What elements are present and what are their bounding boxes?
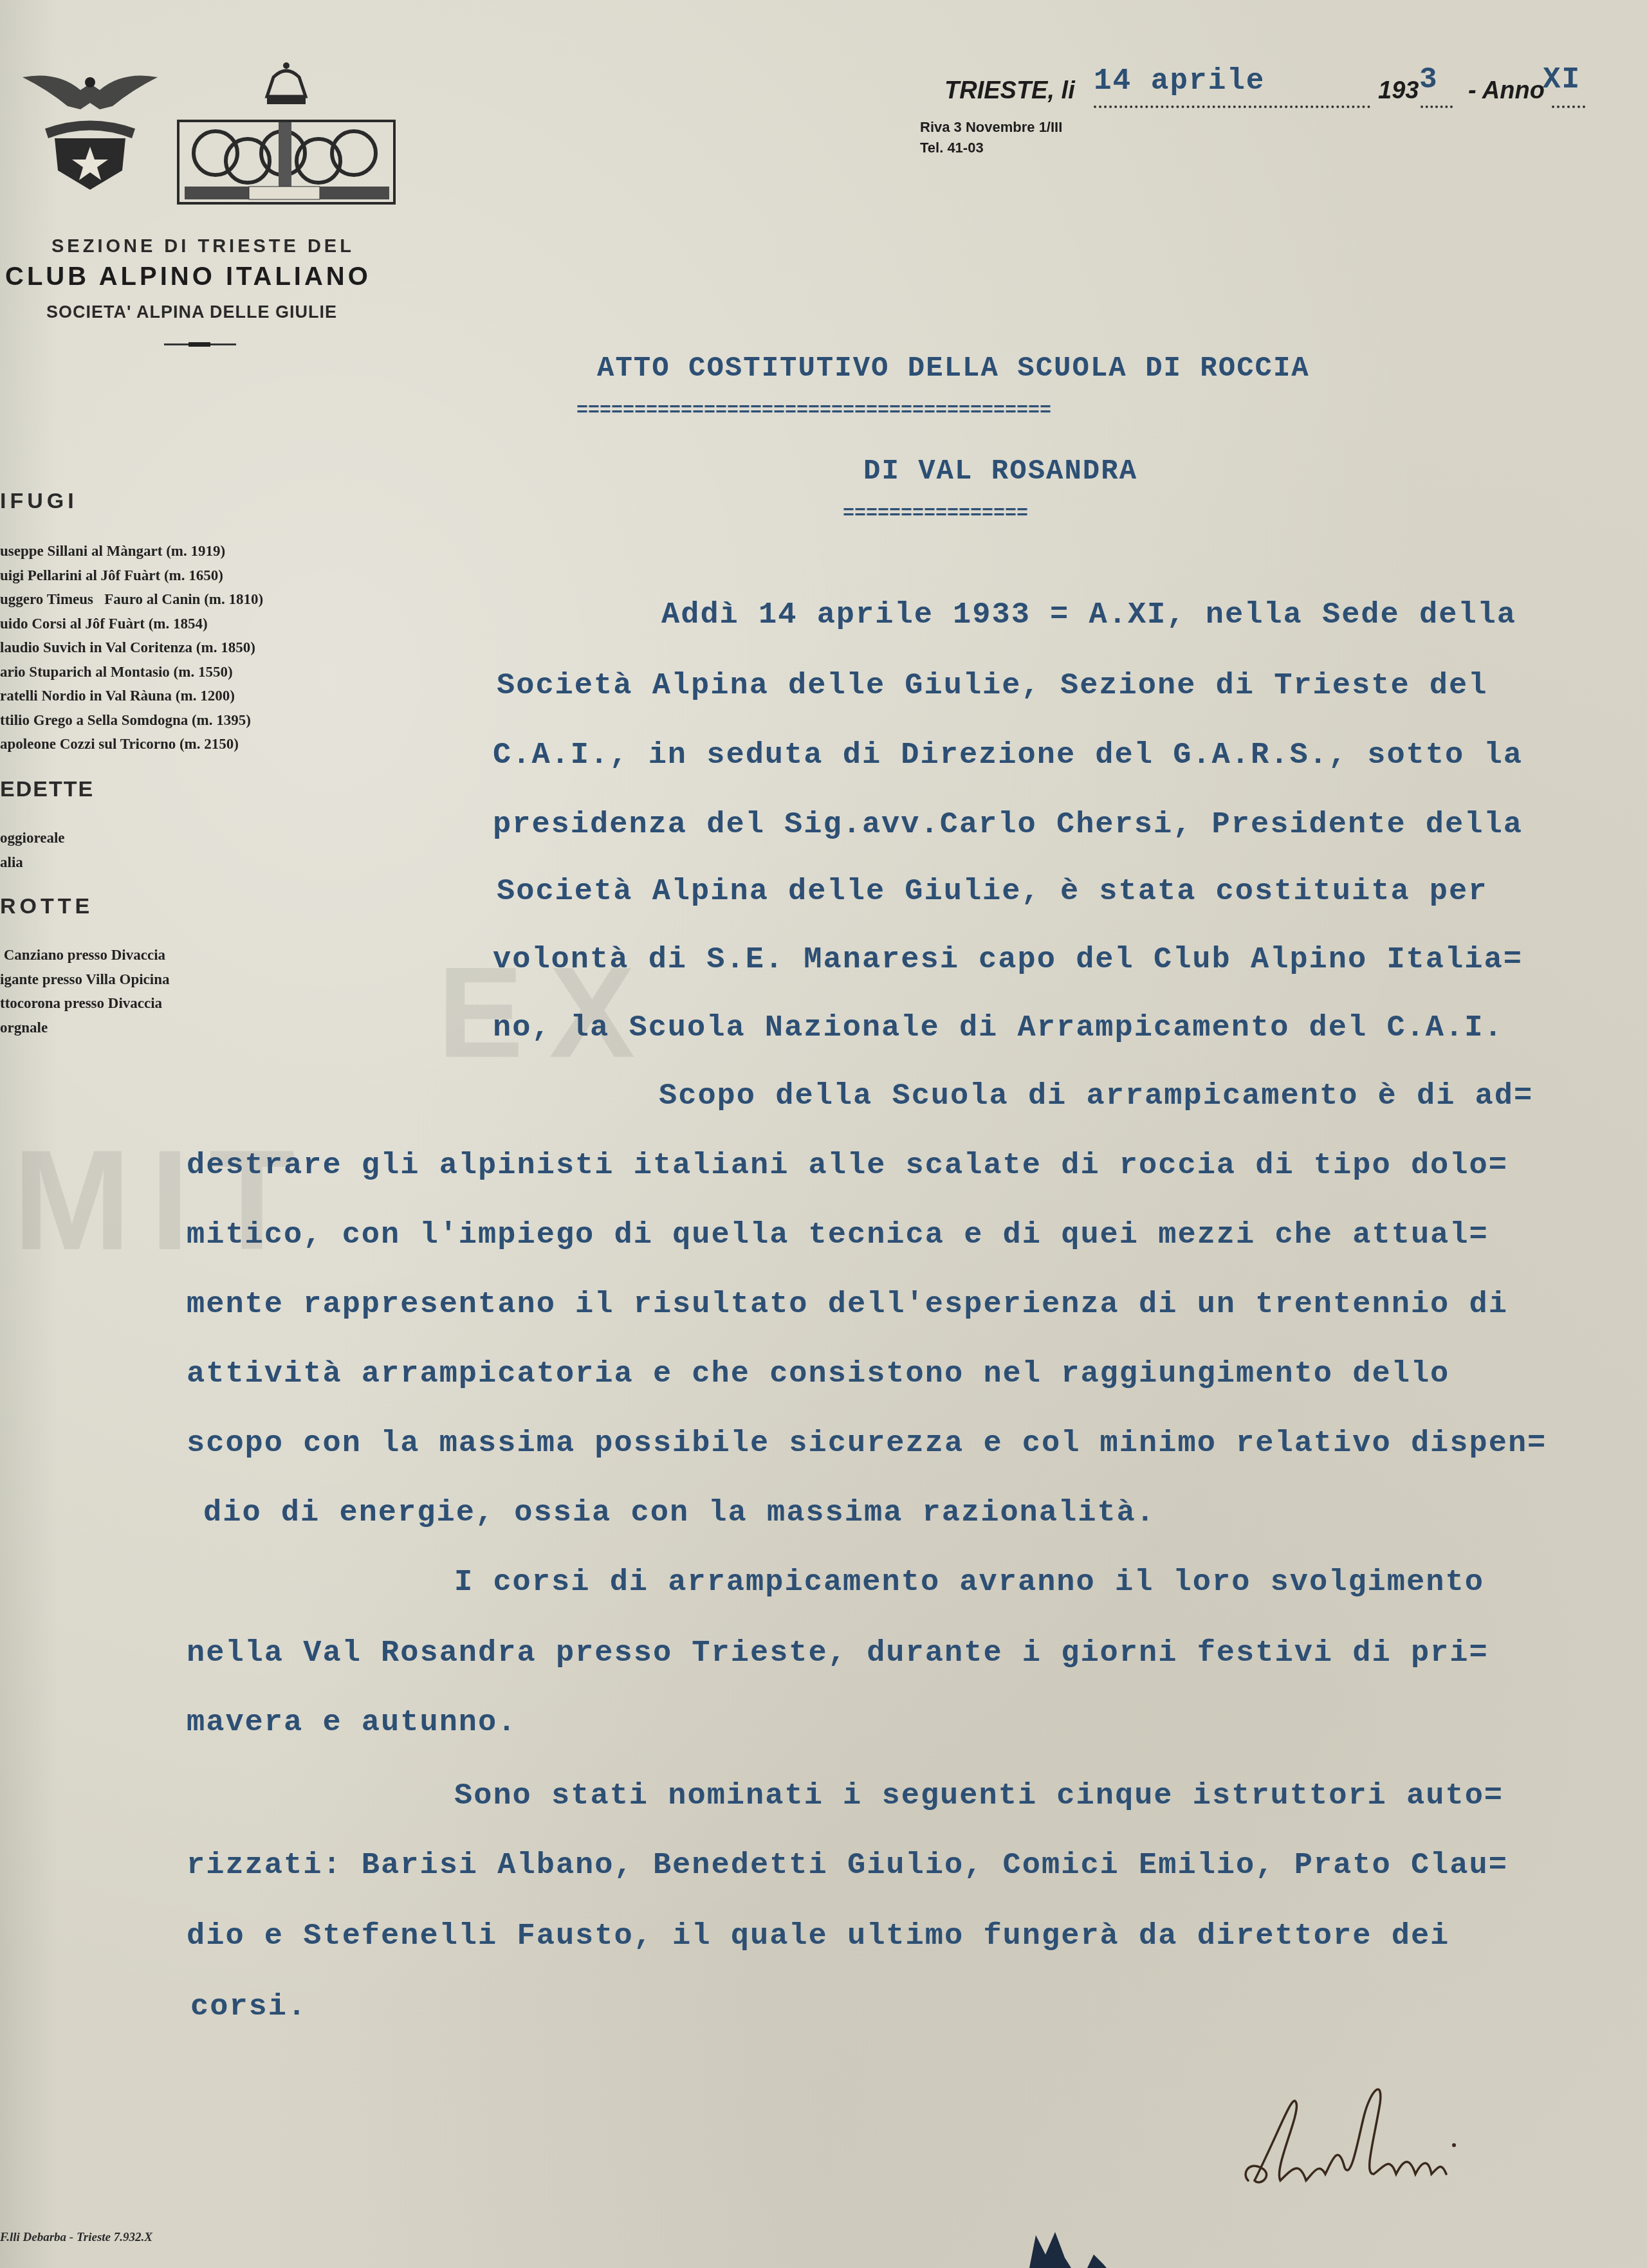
list-item: uigi Pellarini al Jôf Fuàrt (m. 1650) xyxy=(0,563,263,588)
list-item: ario Stuparich al Montasio (m. 1550) xyxy=(0,660,263,684)
paragraph-line: mavera e autunno. xyxy=(187,1706,517,1740)
paragraph-line: corsi. xyxy=(190,1990,307,2024)
paragraph-line: dio di energie, ossia con la massima raz… xyxy=(203,1496,1155,1530)
list-item: useppe Sillani al Màngart (m. 1919) xyxy=(0,539,263,563)
typed-year-digit: 3 xyxy=(1419,63,1439,96)
paragraph-line: Scopo della Scuola di arrampicamento è d… xyxy=(659,1079,1533,1113)
list-item: ttocorona presso Divaccia xyxy=(0,991,169,1016)
list-item: igante presso Villa Opicina xyxy=(0,967,169,992)
paragraph-line: mente rappresentano il risultato dell'es… xyxy=(187,1288,1508,1322)
document-title: ATTO COSTITUTIVO DELLA SCUOLA DI ROCCIA xyxy=(597,352,1310,385)
list-item: alia xyxy=(0,850,65,875)
anno-dotted-line xyxy=(1552,105,1585,108)
phone: Tel. 41-03 xyxy=(920,138,1062,158)
paragraph-line: volontà di S.E. Manaresi capo del Club A… xyxy=(493,943,1523,977)
paragraph-line: dio e Stefenelli Fausto, il quale ultimo… xyxy=(187,1919,1449,1953)
document-subtitle: DI VAL ROSANDRA xyxy=(863,455,1137,488)
paragraph-line: destrare gli alpinisti italiani alle sca… xyxy=(187,1149,1508,1183)
club-name: CLUB ALPINO ITALIANO xyxy=(5,262,371,291)
year-dotted-line xyxy=(1421,105,1453,108)
handwritten-signature xyxy=(1235,2078,1596,2193)
list-item: ttilio Grego a Sella Somdogna (m. 1395) xyxy=(0,708,263,733)
title-underline: ========================================… xyxy=(576,401,1413,421)
paragraph-line: C.A.I., in seduta di Direzione del G.A.R… xyxy=(493,738,1523,773)
list-item: oggioreale xyxy=(0,826,65,850)
list-item: ratelli Nordio in Val Ràuna (m. 1200) xyxy=(0,684,263,708)
address: Riva 3 Novembre 1/III xyxy=(920,117,1062,138)
paragraph-line: scopo con la massima possibile sicurezza… xyxy=(187,1427,1547,1461)
rifugi-list: useppe Sillani al Màngart (m. 1919) uigi… xyxy=(0,539,263,756)
paragraph-line: nella Val Rosandra presso Trieste, duran… xyxy=(187,1636,1489,1670)
grotte-list: Canziano presso Divaccia igante presso V… xyxy=(0,943,169,1039)
typed-date: 14 aprile xyxy=(1094,64,1265,98)
list-item: uggero Timeus Fauro al Canin (m. 1810) xyxy=(0,587,263,612)
ornament-divider xyxy=(164,343,236,345)
ink-blot xyxy=(1017,2229,1132,2268)
list-item: apoleone Cozzi sul Tricorno (m. 2150) xyxy=(0,732,263,756)
list-item: Canziano presso Divaccia xyxy=(0,943,169,967)
rifugi-heading: IFUGI xyxy=(0,489,78,514)
paragraph-line: Società Alpina delle Giulie, Sezione di … xyxy=(497,669,1487,703)
vedette-heading: EDETTE xyxy=(0,777,94,802)
paragraph-line: Sono stati nominati i seguenti cinque is… xyxy=(454,1779,1504,1813)
society-name: SOCIETA' ALPINA DELLE GIULIE xyxy=(46,302,337,322)
grotte-heading: ROTTE xyxy=(0,894,93,919)
paragraph-line: presidenza del Sig.avv.Carlo Chersi, Pre… xyxy=(493,808,1523,842)
printer-imprint: F.lli Debarba - Trieste 7.932.X xyxy=(0,2231,152,2245)
paragraph-line: mitico, con l'impiego di quella tecnica … xyxy=(187,1218,1489,1252)
year-prefix: 193 xyxy=(1378,77,1419,105)
paragraph-line: Società Alpina delle Giulie, è stata cos… xyxy=(497,875,1487,909)
paragraph-line: attività arrampicatoria e che consistono… xyxy=(187,1357,1449,1391)
paragraph-line: rizzati: Barisi Albano, Benedetti Giulio… xyxy=(187,1849,1508,1883)
list-item: orgnale xyxy=(0,1016,169,1040)
cai-eagle-shield-icon xyxy=(19,58,161,193)
paragraph-line: no, la Scuola Nazionale di Arrampicament… xyxy=(493,1011,1504,1045)
place-label: TRIESTE, li xyxy=(944,77,1075,105)
date-dotted-line xyxy=(1094,105,1370,108)
address-block: Riva 3 Novembre 1/III Tel. 41-03 xyxy=(920,117,1062,158)
vedette-list: oggioreale alia xyxy=(0,826,65,875)
list-item: uido Corsi al Jôf Fuàrt (m. 1854) xyxy=(0,612,263,636)
section-line: SEZIONE DI TRIESTE DEL xyxy=(51,236,354,257)
ghost-impression: MIT xyxy=(13,1119,315,1282)
paragraph-line: I corsi di arrampicamento avranno il lor… xyxy=(454,1566,1484,1600)
anno-label: - Anno xyxy=(1468,77,1545,105)
crown-olympic-rings-fasces-icon xyxy=(177,58,396,206)
subtitle-underline: ================ xyxy=(843,504,1193,524)
typed-anno-value: XI xyxy=(1543,63,1581,96)
paragraph-line: Addì 14 aprile 1933 = A.XI, nella Sede d… xyxy=(661,598,1516,632)
list-item: laudio Suvich in Val Coritenza (m. 1850) xyxy=(0,636,263,660)
